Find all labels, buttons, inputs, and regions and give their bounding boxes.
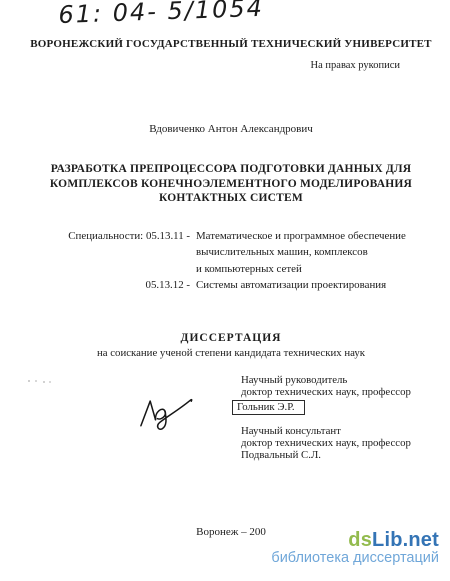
dissertation-title-line: КОНТАКТНЫХ СИСТЕМ bbox=[12, 191, 450, 206]
specialty-code-cell: Специальности: 05.13.11 - bbox=[68, 228, 190, 244]
dissertation-title-line: КОМПЛЕКСОВ КОНЕЧНОЭЛЕМЕНТНОГО МОДЕЛИРОВА… bbox=[12, 177, 450, 192]
spacer bbox=[68, 261, 190, 277]
dslib-logo-ds: ds bbox=[348, 529, 372, 551]
spacer bbox=[68, 244, 190, 260]
consultant-block: Научный консультант доктор технических н… bbox=[241, 425, 411, 462]
manuscript-rights-note: На правах рукописи bbox=[311, 60, 400, 71]
supervisor-signature-autograph bbox=[135, 393, 197, 431]
author-name: Вдовиченко Антон Александрович bbox=[12, 123, 450, 135]
consultant-role: Научный консультант bbox=[241, 425, 411, 437]
handwritten-catalog-number: 61: 04- 5/1054 bbox=[58, 0, 264, 29]
dslib-tagline: библиотека диссертаций bbox=[271, 551, 439, 566]
supervisor-name-box: Гольник Э.Р. bbox=[232, 400, 305, 415]
specialty-code: 05.13.11 - bbox=[146, 230, 190, 242]
dissertation-title-page: 61: 04- 5/1054 ВОРОНЕЖСКИЙ ГОСУДАРСТВЕНН… bbox=[0, 0, 450, 581]
specialty-description-line: Математическое и программное обеспечение bbox=[196, 228, 406, 244]
supervisor-degree: доктор технических наук, профессор bbox=[241, 386, 411, 398]
document-type-heading: ДИССЕРТАЦИЯ bbox=[12, 332, 450, 344]
supervisor-role: Научный руководитель bbox=[241, 374, 411, 386]
advisors-section: Научный руководитель доктор технических … bbox=[241, 374, 411, 462]
specialties-label: Специальности: bbox=[68, 230, 143, 242]
dslib-watermark: dsLib.net библиотека диссертаций bbox=[271, 530, 439, 566]
specialty-description-line: и компьютерных сетей bbox=[196, 261, 406, 277]
specialty-description-line: вычислительных машин, комплексов bbox=[196, 244, 406, 260]
dissertation-title: РАЗРАБОТКА ПРЕПРОЦЕССОРА ПОДГОТОВКИ ДАНН… bbox=[12, 162, 450, 206]
scan-artifact-dots bbox=[28, 380, 30, 382]
dslib-logo-libnet: Lib.net bbox=[372, 529, 439, 551]
specialties-section: Специальности: 05.13.11 - Математическое… bbox=[68, 228, 406, 294]
degree-statement: на соискание ученой степени кандидата те… bbox=[12, 347, 450, 359]
dissertation-title-line: РАЗРАБОТКА ПРЕПРОЦЕССОРА ПОДГОТОВКИ ДАНН… bbox=[12, 162, 450, 177]
dslib-logo: dsLib.net bbox=[271, 530, 439, 550]
supervisor-block: Научный руководитель доктор технических … bbox=[241, 374, 411, 415]
university-name: ВОРОНЕЖСКИЙ ГОСУДАРСТВЕННЫЙ ТЕХНИЧЕСКИЙ … bbox=[12, 38, 450, 50]
specialty-description-line: Системы автоматизации проектирования bbox=[196, 277, 406, 293]
specialty-code: 05.13.12 - bbox=[68, 277, 190, 293]
consultant-degree: доктор технических наук, профессор bbox=[241, 437, 411, 449]
consultant-name: Подвальный С.Л. bbox=[241, 449, 411, 461]
